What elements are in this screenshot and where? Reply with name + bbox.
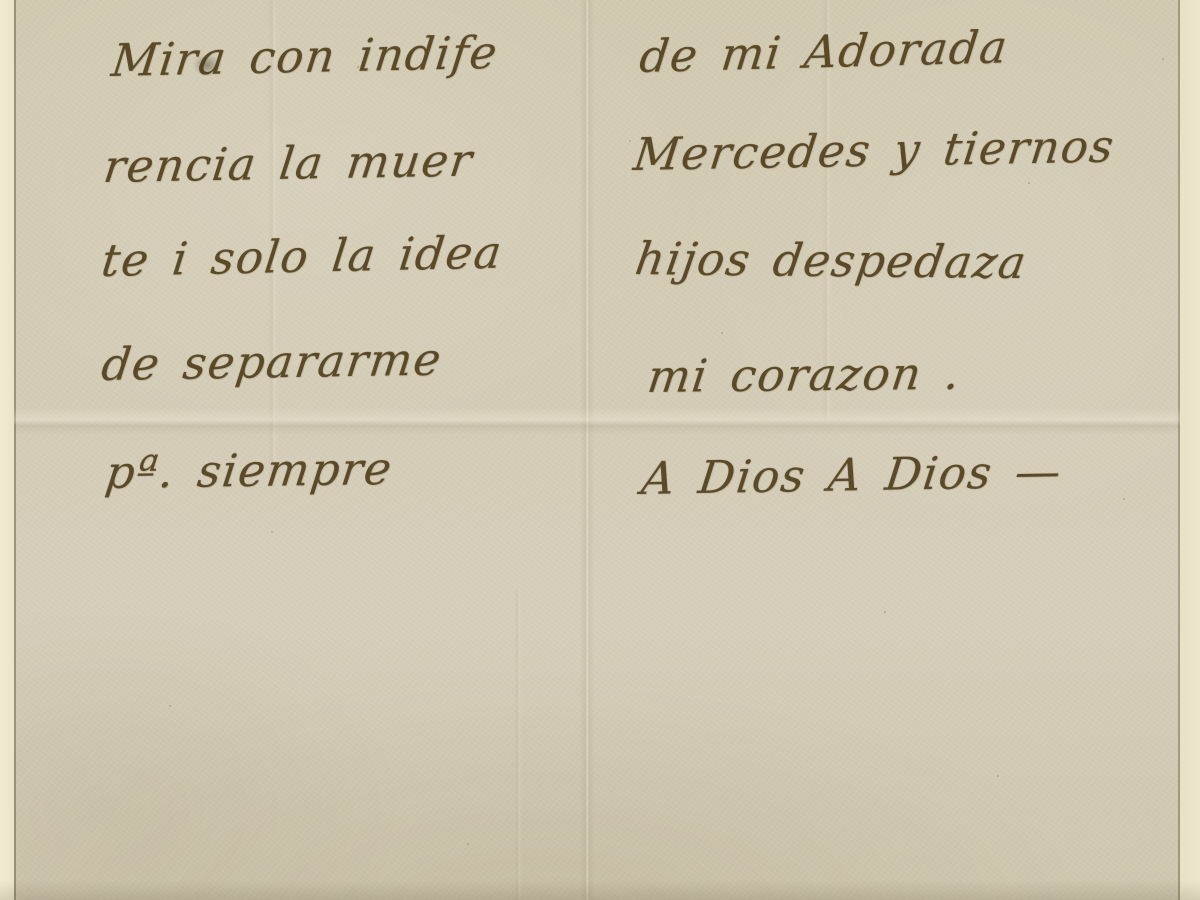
manuscript-line: pª. siempre	[103, 442, 396, 499]
manuscript-line: te i solo la idea	[99, 226, 506, 287]
manuscript-line: hijos despedaza	[632, 232, 1031, 289]
mount-backing-left	[0, 0, 14, 900]
manuscript-line: Mercedes y tiernos	[631, 120, 1118, 181]
mount-backing-right	[1180, 0, 1200, 900]
manuscript-line: A Dios A Dios —	[639, 445, 1066, 505]
manuscript-line: mi corazon .	[645, 347, 965, 403]
manuscript-line: Mira con indife	[109, 26, 501, 87]
paper-speckles	[16, 0, 18, 2]
letter-scan: Mira con indife rencia la muer te i solo…	[0, 0, 1200, 900]
manuscript-line: de separarme	[99, 333, 446, 391]
manuscript-line: rencia la muer	[101, 134, 477, 193]
manuscript-line: de mi Adorada	[637, 20, 1011, 83]
